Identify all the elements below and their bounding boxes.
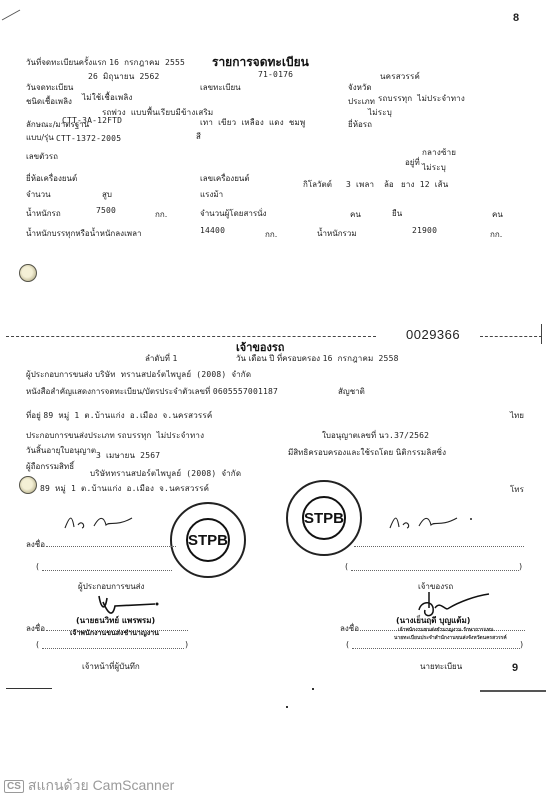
reg-date-value: 26 มิถุนายน 2562 [88, 70, 160, 83]
id-value: 0605557001187 [213, 387, 278, 396]
seats-unit: คน [350, 208, 361, 221]
signature-line [42, 648, 184, 649]
wheels-value: ยาง 12 เส้น [401, 178, 448, 191]
chassis-label: เลขตัวรถ [26, 150, 58, 163]
license-expiry-label: วันสิ้นอายุใบอนุญาต [26, 444, 96, 457]
fuel-label: ชนิดเชื้อเพลิง [26, 95, 72, 108]
divider-tick [541, 324, 542, 344]
engine-no-label: เลขเครื่องยนต์ [200, 172, 250, 185]
open-paren: ( [36, 640, 39, 649]
brand-label: ยี่ห้อรถ [348, 118, 372, 131]
holder-tel-label: โทร [510, 483, 524, 496]
order-value: 1 [173, 354, 178, 363]
speck [286, 706, 288, 708]
sign-label-recorder: ลงชื่อ [26, 622, 45, 635]
fuel-value: ไม่ใช้เชื้อเพลิง [82, 91, 133, 104]
recorder-name: (นายธนวิทย์ แพรพรม) [76, 614, 155, 627]
located-label: อยู่ที่ [405, 156, 420, 169]
possession-date-value: 16 กรกฎาคม 2558 [323, 354, 399, 363]
character-code: CTT-3A-12FTD [62, 116, 122, 125]
model-value: CTT-1372-2005 [56, 134, 121, 143]
wheels-label: ล้อ [384, 178, 394, 191]
gross-label: น้ำหนักรวม [317, 227, 357, 240]
punch-hole-icon [19, 476, 37, 494]
located-value: กลางซ้าย [422, 146, 456, 159]
gross-unit: กก. [490, 228, 502, 241]
order-label: ลำดับที่ [145, 354, 170, 363]
engine-location-value: ไม่ระบุ [422, 161, 446, 174]
close-paren: ) [185, 640, 188, 649]
axles-value: 3 เพลา [346, 178, 374, 191]
license-expiry-value: 3 เมษายน 2567 [96, 449, 160, 462]
seats-label: จำนวนผู้โดยสารนั่ง [200, 207, 267, 220]
close-paren: ) [519, 562, 522, 571]
registrar-position-1: เจ้าพนักงานขนส่งชำนาญงาน รักษาการแทน [398, 626, 494, 634]
sign-label-operator: ลงชื่อ [26, 538, 45, 551]
engine-brand-label: ยี่ห้อเครื่องยนต์ [26, 172, 77, 185]
signature-line [42, 570, 172, 571]
first-registered-value: 16 กรกฎาคม 2555 [109, 58, 185, 67]
signature-line [352, 648, 520, 649]
edge-line [6, 688, 52, 689]
plate-value: 71-0176 [258, 70, 293, 79]
address-label: ที่อยู่ [26, 411, 41, 420]
weight-unit: กก. [155, 208, 167, 221]
province-label: จังหวัด [348, 81, 372, 94]
stamp-text: STPB [188, 532, 228, 549]
nationality-value: ไทย [510, 409, 524, 422]
sign-label-registrar: ลงชื่อ [340, 622, 359, 635]
transport-type-value: รถบรรทุก ไม่ประจำทาง [117, 431, 204, 440]
company-stamp-right: STPB [286, 480, 362, 556]
gross-value: 21900 [412, 226, 437, 235]
open-paren: ( [345, 562, 348, 571]
close-paren: ) [520, 640, 523, 649]
camscanner-watermark: CS สแกนด้วย CamScanner [4, 775, 174, 797]
address-value: 89 หมู่ 1 ต.บ้านแก่ง อ.เมือง จ.นครสวรรค์ [43, 411, 212, 420]
id-label: หนังสือสำคัญแสดงการจดทะเบียน/บัตรประจำตั… [26, 387, 210, 396]
signature-line [351, 570, 519, 571]
holder-address: 89 หมู่ 1 ต.บ้านแก่ง อ.เมือง จ.นครสวรรค์ [40, 482, 209, 495]
license-no-label: ใบอนุญาตเลขที่ [322, 431, 376, 440]
operator-signature [60, 513, 140, 533]
signature-line [354, 546, 524, 547]
reg-date-label: วันจดทะเบียน [26, 81, 73, 94]
plate-label: เลขทะเบียน [200, 81, 241, 94]
color-value: เทา เขียว เหลือง แดง ชมพู [200, 116, 305, 129]
pen-mark-icon [0, 8, 24, 22]
holder-value: บริษัททรานสปอร์ตไพบูลย์ (2008) จำกัด [90, 467, 241, 480]
standing-label: ยืน [392, 207, 402, 220]
edge-line [480, 690, 546, 692]
recorder-role: เจ้าหน้าที่ผู้บันทึก [82, 660, 140, 673]
company-stamp-left: STPB [170, 502, 246, 578]
camscanner-logo-icon: CS [4, 780, 24, 793]
operator-value: บริษัท ทรานสปอร์ตไพบูลย์ (2008) จำกัด [95, 370, 251, 379]
page-number-bottom: 9 [512, 662, 518, 674]
recorder-position: เจ้าพนักงานขนส่งชำนาญงาน [70, 628, 159, 639]
holder-label: ผู้ถือกรรมสิทธิ์ [26, 460, 74, 473]
owner-signature [385, 513, 475, 533]
first-registered-label: วันที่จดทะเบียนครั้งแรก [26, 58, 107, 67]
model-label: แบบ/รุ่น [26, 131, 54, 144]
stamp-text: STPB [304, 510, 344, 527]
color-label: สี [196, 130, 201, 143]
registrar-role: นายทะเบียน [420, 660, 462, 673]
rights-label: มีสิทธิครอบครองและใช้รถโดย [288, 448, 393, 457]
cylinders-label: จำนวน [26, 188, 51, 201]
open-paren: ( [36, 562, 39, 571]
standing-unit: คน [492, 208, 503, 221]
open-paren: ( [346, 640, 349, 649]
license-no-value: นว.37/2562 [379, 431, 430, 440]
punch-hole-icon [19, 264, 37, 282]
load-label: น้ำหนักบรรทุกหรือน้ำหนักลงเพลา [26, 227, 141, 240]
signature-line [46, 546, 176, 547]
load-unit: กก. [265, 228, 277, 241]
transport-type-label: ประกอบการขนส่งประเภท [26, 431, 115, 440]
horsepower-label: แรงม้า [200, 188, 223, 201]
rights-value: นิติกรรมลิสซิ่ง [396, 448, 447, 457]
province-value: นครสวรรค์ [380, 70, 420, 83]
owner-serial-number: 0029366 [406, 327, 460, 342]
kw-label: กิโลวัตต์ [303, 178, 332, 191]
operator-label: ผู้ประกอบการขนส่ง [26, 370, 92, 379]
possession-date-label: วัน เดือน ปี ที่ครอบครอง [236, 354, 320, 363]
load-value: 14400 [200, 226, 225, 235]
weight-value: 7500 [96, 206, 116, 215]
page-number-top: 8 [513, 12, 519, 24]
registrar-position-2: นายทะเบียนประจำสำนักงานขนส่งจังหวัดนครสว… [394, 634, 507, 642]
dashed-divider-right [480, 336, 542, 337]
weight-label: น้ำหนักรถ [26, 207, 61, 220]
dashed-divider [6, 336, 376, 337]
type-value: รถบรรทุก ไม่ประจำทาง [378, 92, 465, 105]
speck [312, 688, 314, 690]
camscanner-text: สแกนด้วย CamScanner [28, 775, 174, 797]
nationality-label: สัญชาติ [338, 385, 365, 398]
cylinders-unit: สูบ [102, 188, 112, 201]
